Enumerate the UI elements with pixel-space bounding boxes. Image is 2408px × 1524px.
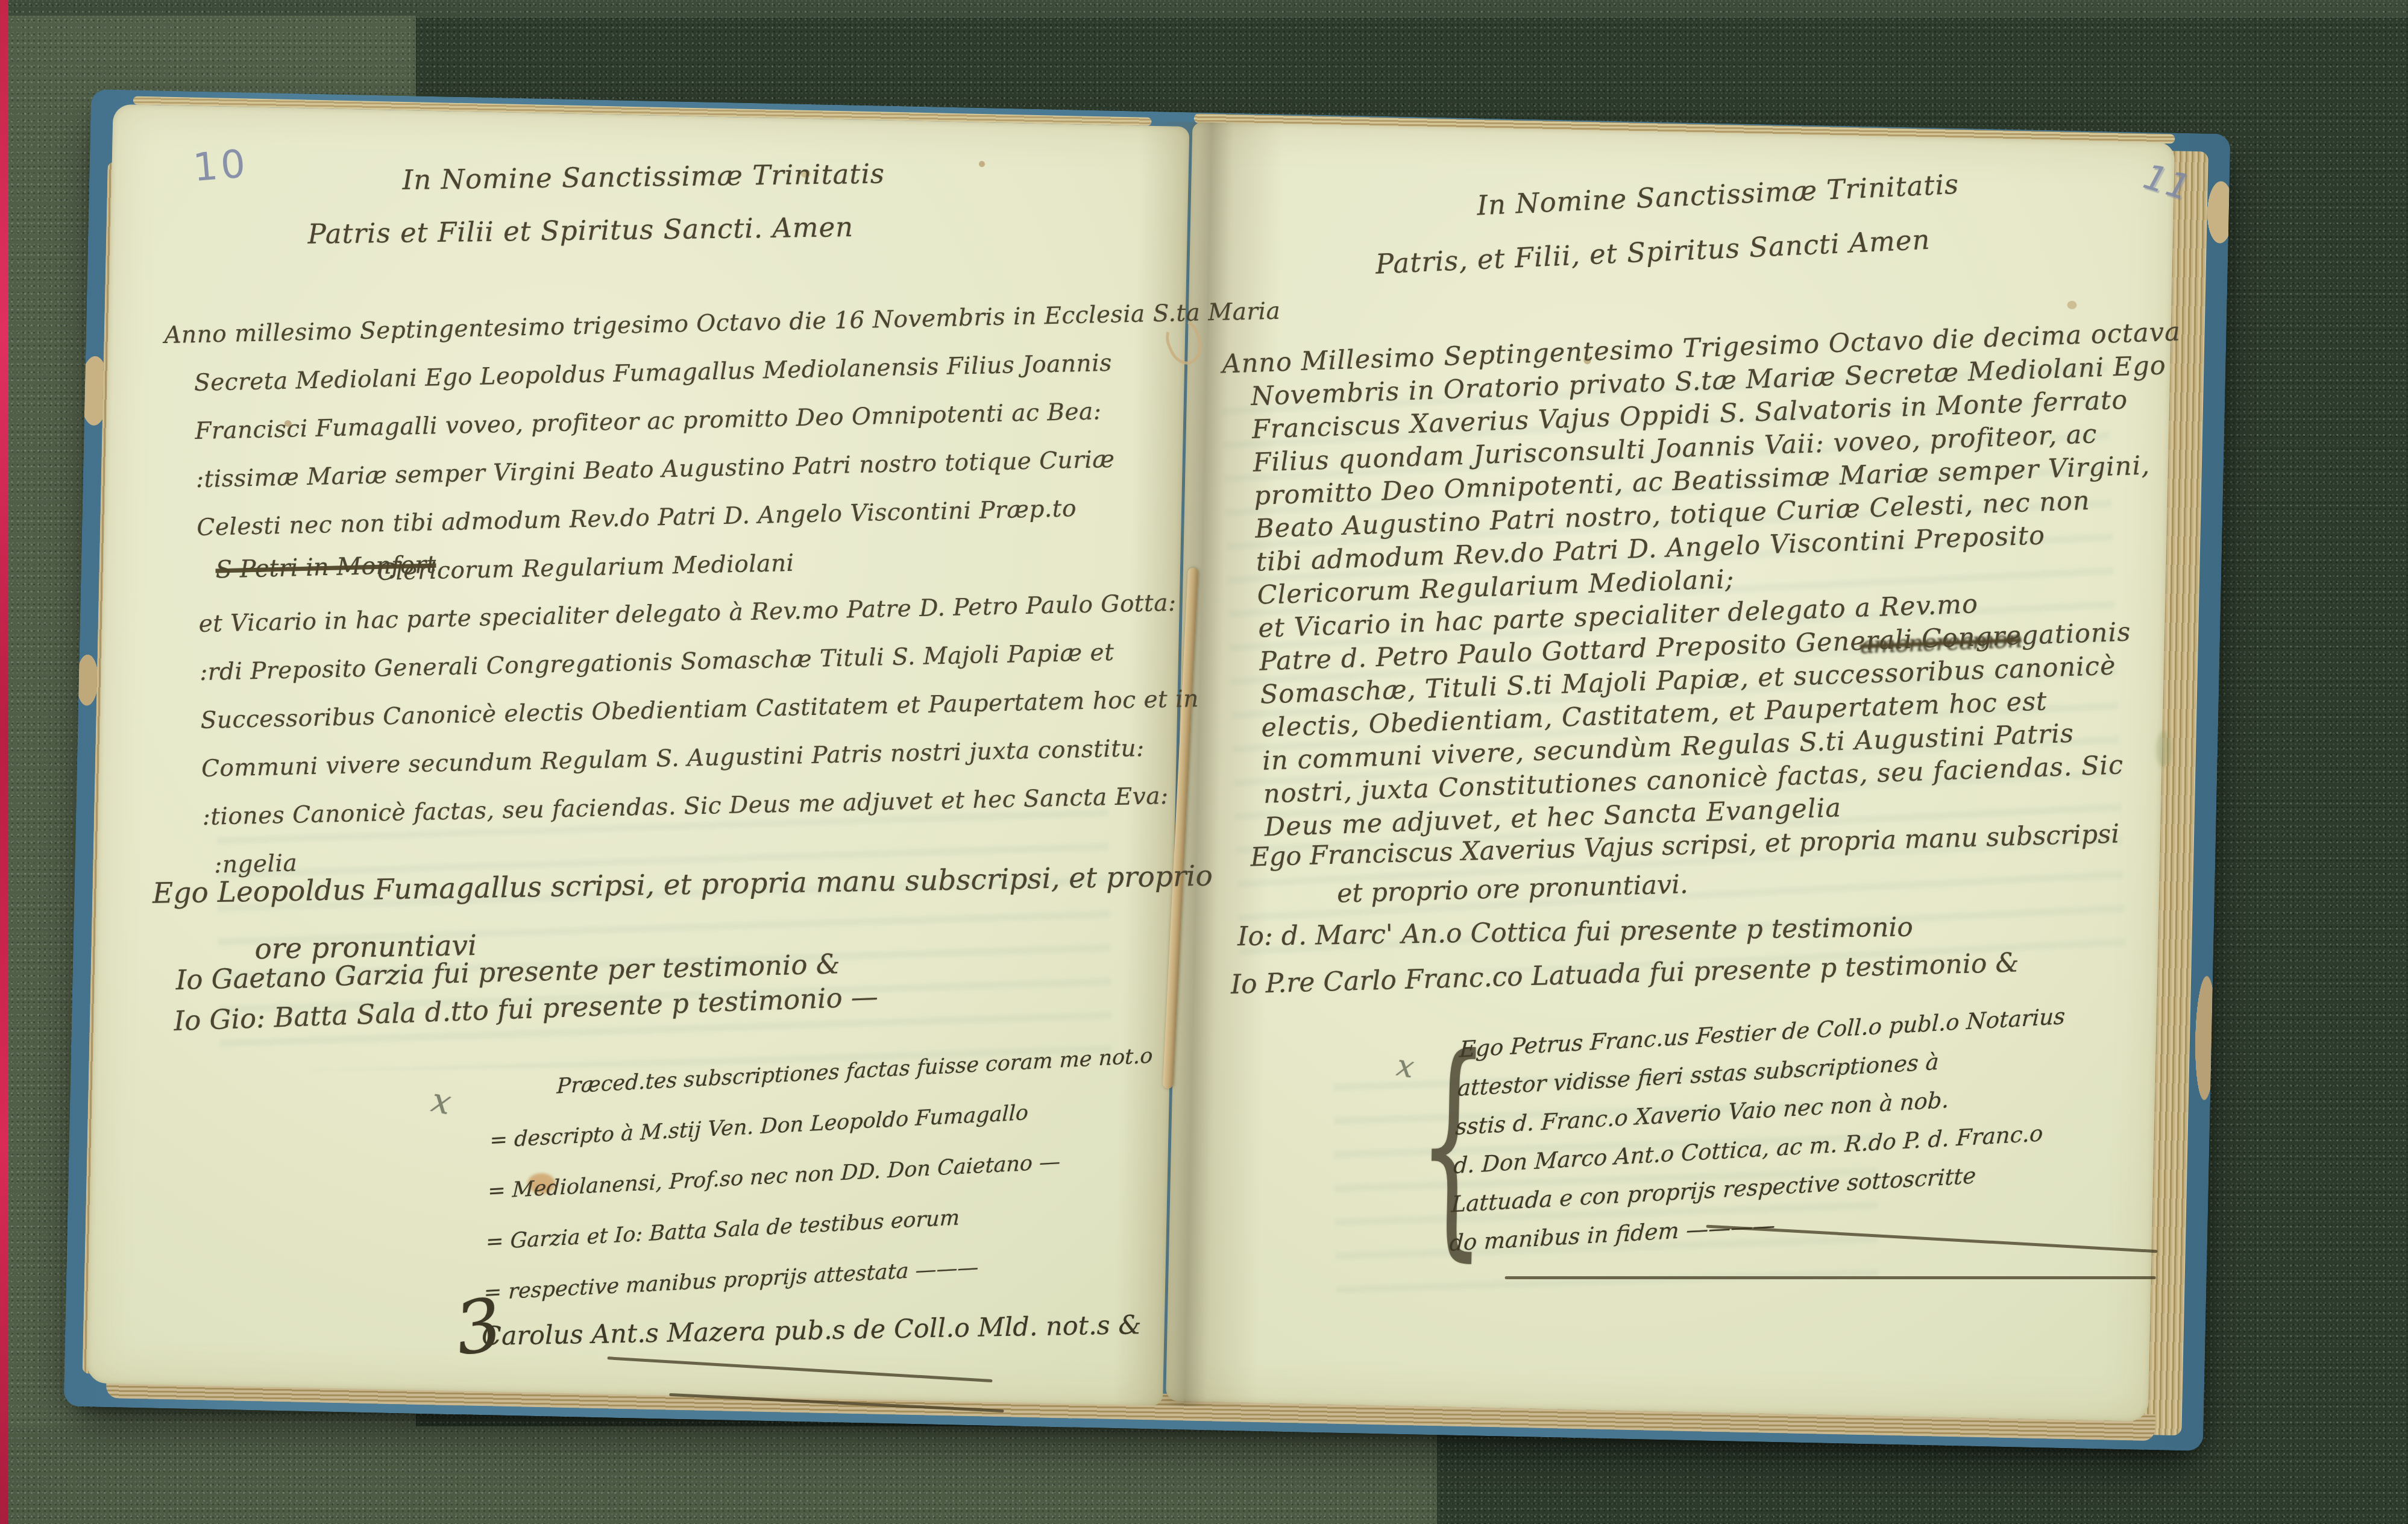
right-vow-text: Anno Millesimo Septingentesimo Trigesimo… [1222,316,2196,844]
background-mat-light-bottom [8,1426,1437,1524]
manuscript-book: 10 11 In Nomine Sanctissimæ TrinitatisPa… [64,89,2231,1451]
photo-scene: 10 11 In Nomine Sanctissimæ TrinitatisPa… [0,0,2408,1524]
manuscript-line: Patris et Filii et Spiritus Sancti. Amen [307,200,886,261]
left-notarial-note: Præced.tes subscriptiones factas fuisse … [483,1031,1154,1318]
left-vow-text: Anno millesimo Septingentesimo trigesimo… [164,289,1291,889]
right-notarial-note: Ego Petrus Franc.us Festier de Coll.o pu… [1448,998,2066,1262]
left-invocation-heading: In Nomine Sanctissimæ TrinitatisPatris e… [307,148,885,260]
left-struck-words: S Petri in Monfort [215,551,436,584]
manuscript-line: In Nomine Sanctissimæ Trinitatis [402,148,885,207]
page-number-10: 10 [192,142,250,190]
scan-edge-pink-strip [0,0,8,1524]
closing-rule-stroke [1505,1276,2156,1279]
